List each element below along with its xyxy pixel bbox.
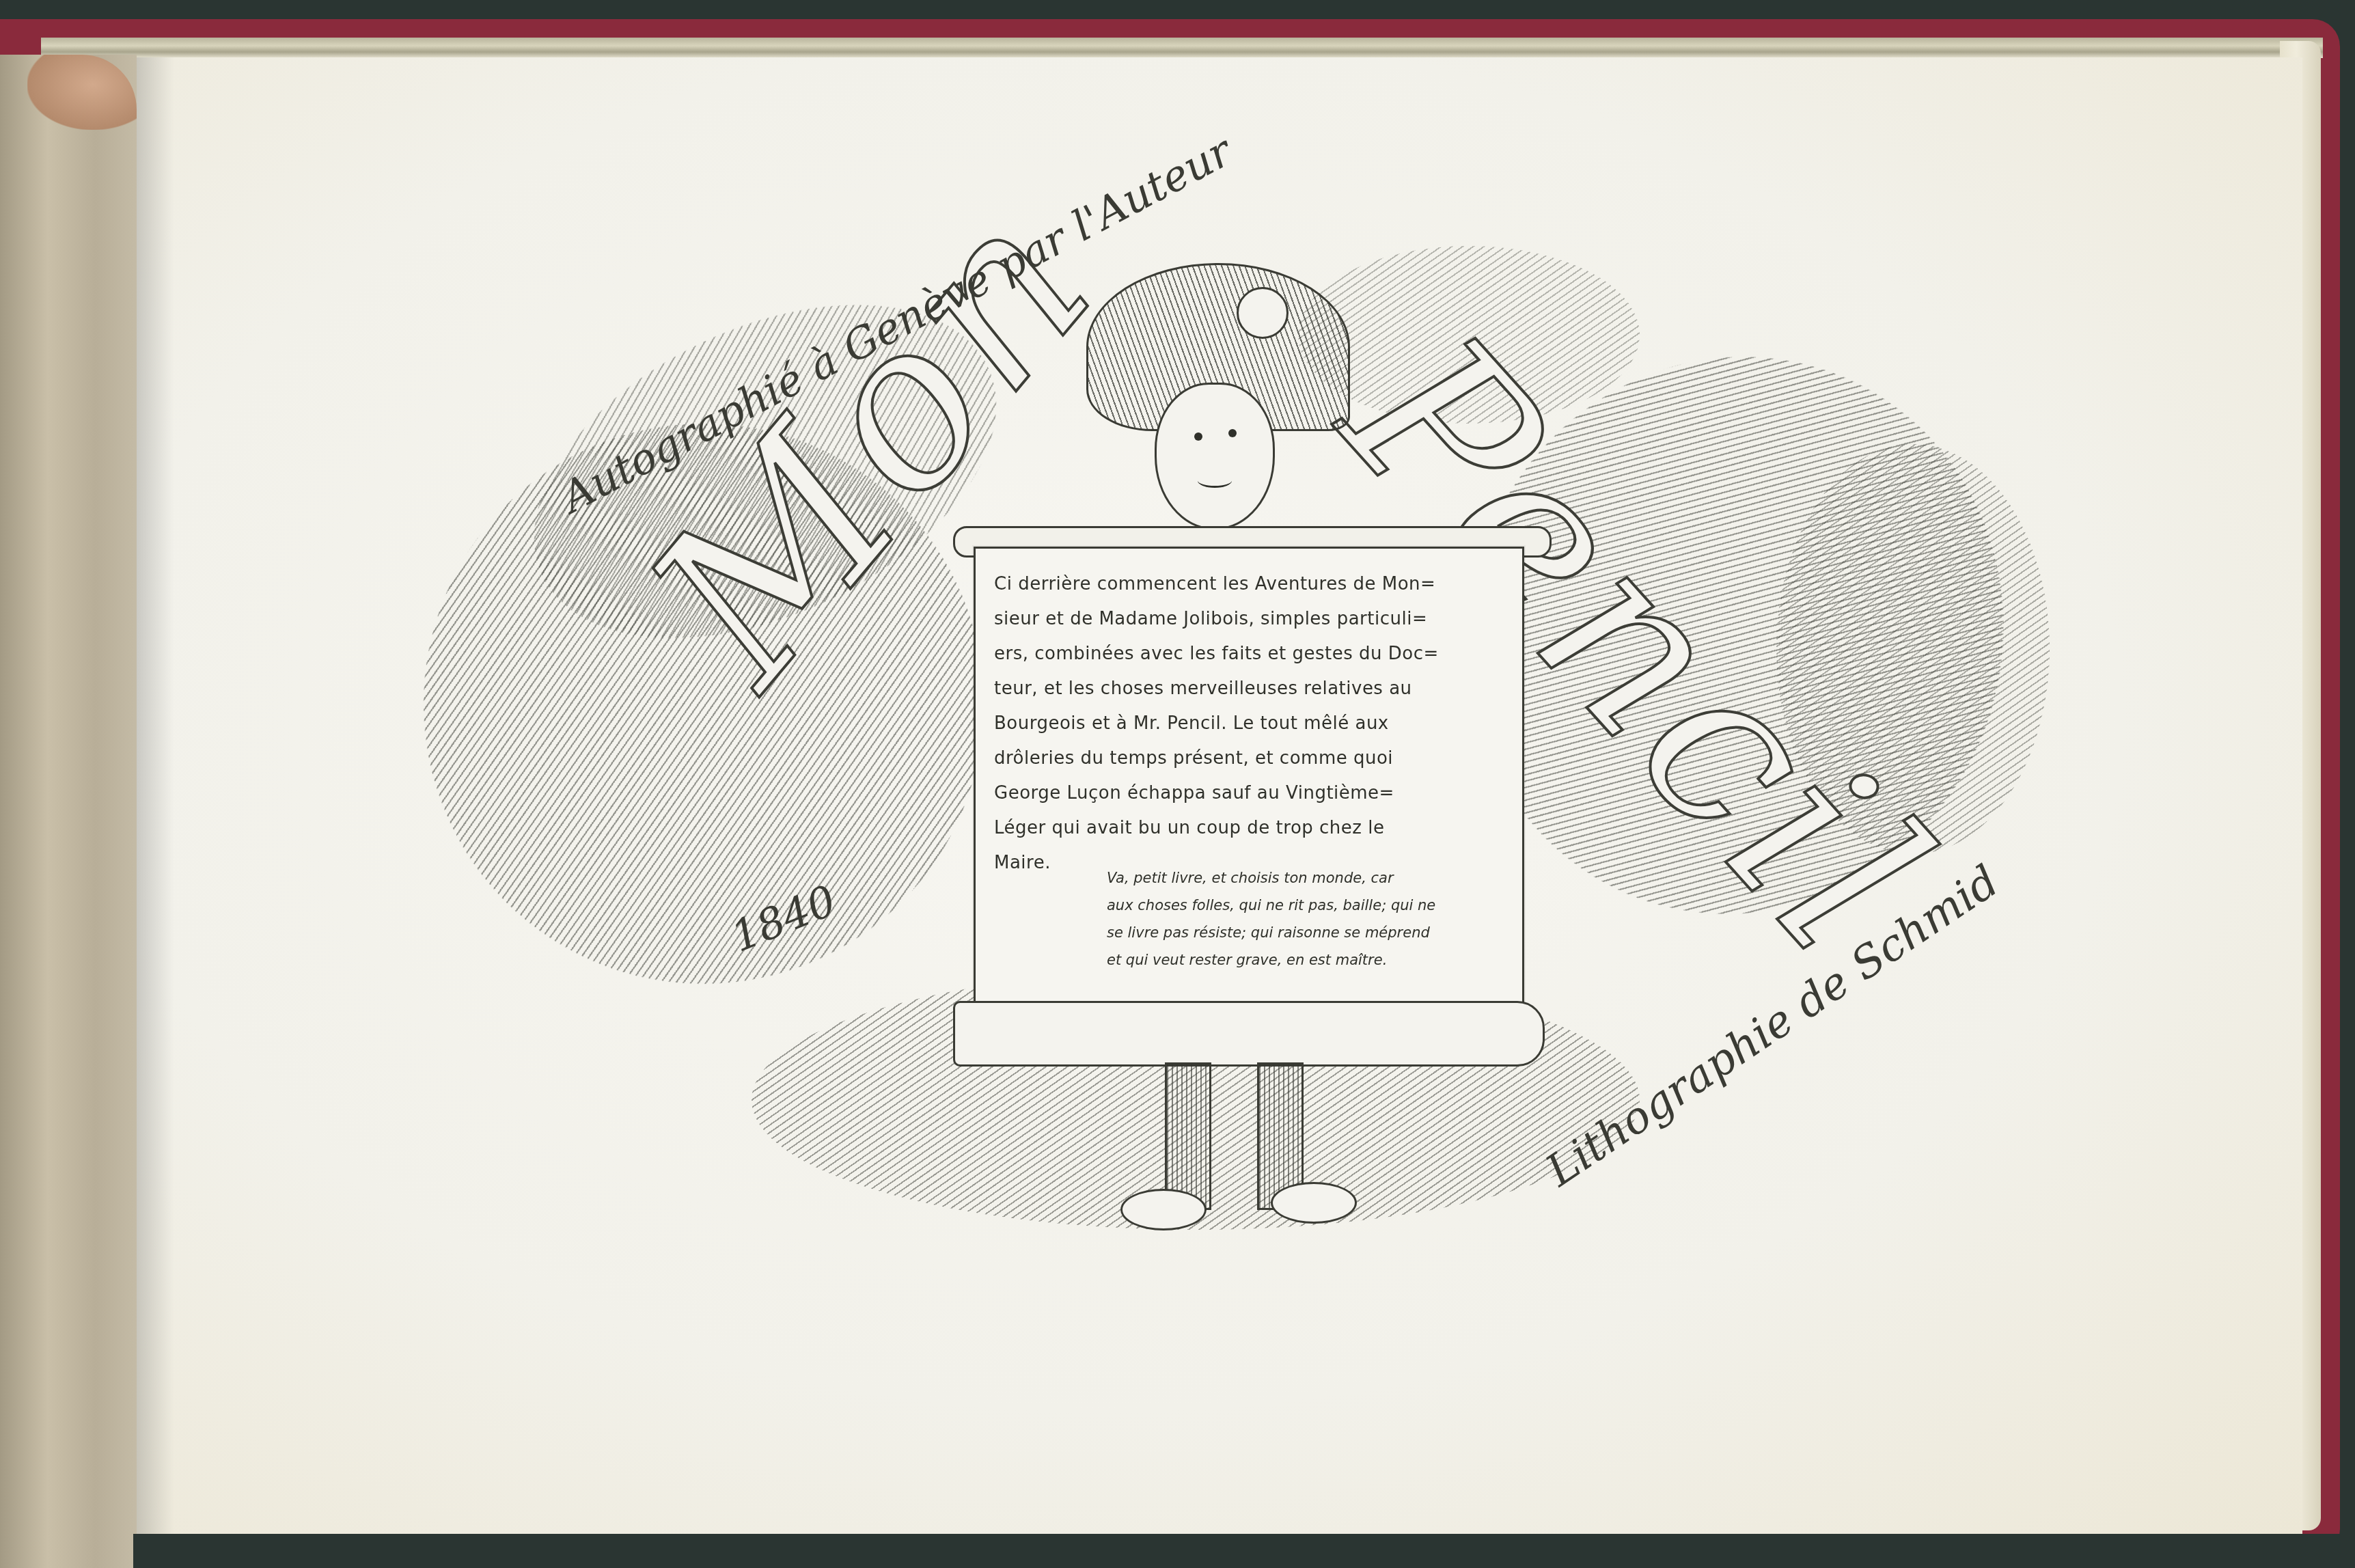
scroll-line: Léger qui avait bu un coup de trop chez … [994, 811, 1500, 846]
figure-head [1155, 383, 1275, 530]
eye-left [1194, 432, 1202, 441]
verse-line: Va, petit livre, et choisis ton monde, c… [1107, 864, 1503, 892]
scroll-line: ers, combinées avec les faits et gestes … [994, 637, 1500, 672]
leg-left [1165, 1062, 1211, 1210]
year: 1840 [724, 875, 843, 962]
illustration: Mon Pencil Autographié à Genève par l'Au… [0, 0, 2355, 1568]
scroll-line: Ci derrière commencent les Aventures de … [994, 567, 1500, 602]
scroll-line: sieur et de Madame Jolibois, simples par… [994, 602, 1500, 637]
scroll-verse: Va, petit livre, et choisis ton monde, c… [1107, 864, 1503, 974]
scroll-line: drôleries du temps présent, et comme quo… [994, 741, 1500, 776]
scroll-line: George Luçon échappa sauf au Vingtième= [994, 776, 1500, 811]
scroll-paragraph: Ci derrière commencent les Aventures de … [994, 567, 1500, 881]
cockade [1237, 287, 1289, 339]
eye-right [1228, 429, 1237, 437]
verse-line: aux choses folles, qui ne rit pas, baill… [1107, 892, 1503, 919]
shoe-right [1271, 1182, 1357, 1224]
scroll-line: teur, et les choses merveilleuses relati… [994, 672, 1500, 706]
verse-line: et qui veut rester grave, en est maître. [1107, 946, 1503, 974]
verse-line: se livre pas résiste; qui raisonne se mé… [1107, 919, 1503, 946]
scroll-roll-bottom [953, 1001, 1545, 1067]
scroll-line: Bourgeois et à Mr. Pencil. Le tout mêlé … [994, 706, 1500, 741]
mouth [1198, 473, 1232, 488]
shoe-left [1120, 1189, 1207, 1230]
